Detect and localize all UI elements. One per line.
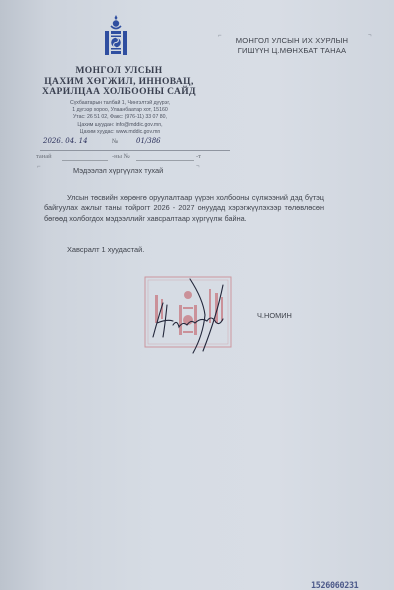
letter-date: 2026. 04. 14: [43, 137, 88, 145]
your-ref-label: танай: [36, 153, 52, 160]
signer-name: Ч.НОМИН: [257, 311, 292, 320]
organization-address: Сүхбаатарын талбай 1, Чингэлтэй дүүрэг, …: [30, 100, 210, 136]
document-registration-number: 1526060231: [311, 580, 358, 590]
corner-mark: ⌐: [218, 33, 222, 39]
corner-mark: ¬: [368, 33, 372, 39]
attachment-note: Хавсралт 1 хуудастай.: [67, 245, 144, 254]
body-paragraph: Улсын төсвийн хөрөнгө оруулалтаар үүрэн …: [44, 193, 324, 224]
letter-body: Улсын төсвийн хөрөнгө оруулалтаар үүрэн …: [44, 193, 324, 224]
organization-name: МОНГОЛ УЛСЫН ЦАХИМ ХӨГЖИЛ, ИННОВАЦ, ХАРИ…: [20, 66, 218, 98]
end-mark: -т: [196, 153, 201, 160]
corner-mark: ¬: [196, 164, 200, 170]
corner-mark: ⌐: [37, 164, 41, 170]
your-ref-number-line: [136, 160, 194, 161]
email-link[interactable]: Цахим шуудан: info@mddic.gov.mn,: [30, 122, 210, 129]
letter-number: 01/386: [136, 137, 161, 145]
soyombo-emblem-icon: [101, 14, 131, 56]
number-label: №: [112, 138, 118, 145]
your-ref-number-label: -ны №: [112, 153, 130, 160]
website-link[interactable]: Цахим хуудас: www.mddic.gov.mn: [30, 129, 210, 136]
your-ref-date-line: [62, 160, 108, 161]
recipient-address: МОНГОЛ УЛСЫН ИХ ХУРЛЫН ГИШҮҮН Ц.МӨНХБАТ …: [222, 36, 362, 56]
handwritten-signature-icon: [145, 275, 255, 355]
letter-subject: Мэдээлэл хүргүүлэх тухай: [73, 166, 163, 175]
